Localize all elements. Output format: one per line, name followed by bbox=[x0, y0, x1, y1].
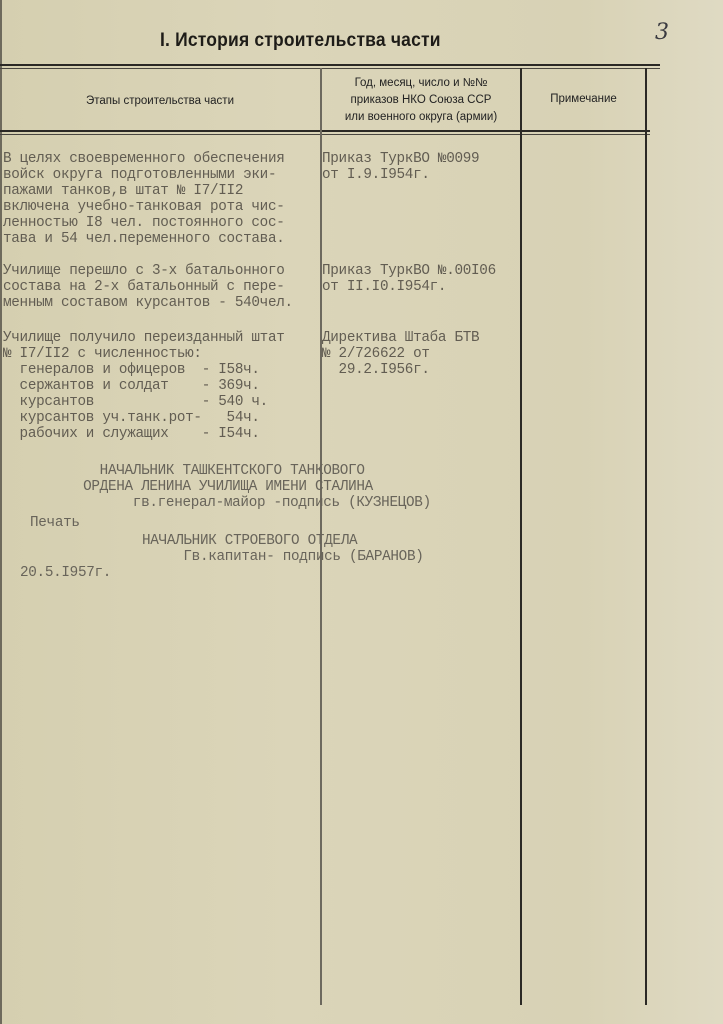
row-1-order: Приказ ТуркВО №0099 от I.9.I954г. bbox=[322, 151, 479, 183]
column-header-stages: Этапы строительства части bbox=[0, 93, 320, 110]
header-top-rule bbox=[0, 64, 660, 66]
column-header-notes: Примечание bbox=[522, 91, 645, 108]
page-edge bbox=[0, 0, 2, 1024]
handwritten-page-number: 3 bbox=[655, 20, 669, 45]
header-bottom-rule-inner bbox=[0, 134, 650, 135]
signature-block-commander: НАЧАЛЬНИК ТАШКЕНТСКОГО ТАНКОВОГО ОРДЕНА … bbox=[50, 463, 431, 511]
stamp-label: Печать bbox=[30, 515, 80, 531]
column-divider-3 bbox=[645, 68, 647, 1005]
column-header-orders: Год, месяц, число и №№ приказов НКО Союз… bbox=[322, 75, 520, 126]
row-3-order: Директива Штаба БТВ № 2/726622 от 29.2.I… bbox=[322, 330, 479, 378]
page-title: I. История строительства части bbox=[160, 30, 441, 52]
row-3-stage: Училище получило переизданный штат № I7/… bbox=[3, 330, 285, 442]
row-2-stage: Училище перешло с 3-х батальонного соста… bbox=[3, 263, 293, 311]
header-top-rule-inner bbox=[0, 68, 660, 69]
header-bottom-rule bbox=[0, 130, 650, 132]
row-1-stage: В целях своевременного обеспечения войск… bbox=[3, 151, 285, 247]
signature-block-drill-dept: НАЧАЛЬНИК СТРОЕВОГО ОТДЕЛА Гв.капитан- п… bbox=[142, 533, 424, 565]
row-2-order: Приказ ТуркВО №.00I06 от II.I0.I954г. bbox=[322, 263, 496, 295]
document-date: 20.5.I957г. bbox=[20, 565, 111, 581]
column-divider-2 bbox=[520, 68, 522, 1005]
